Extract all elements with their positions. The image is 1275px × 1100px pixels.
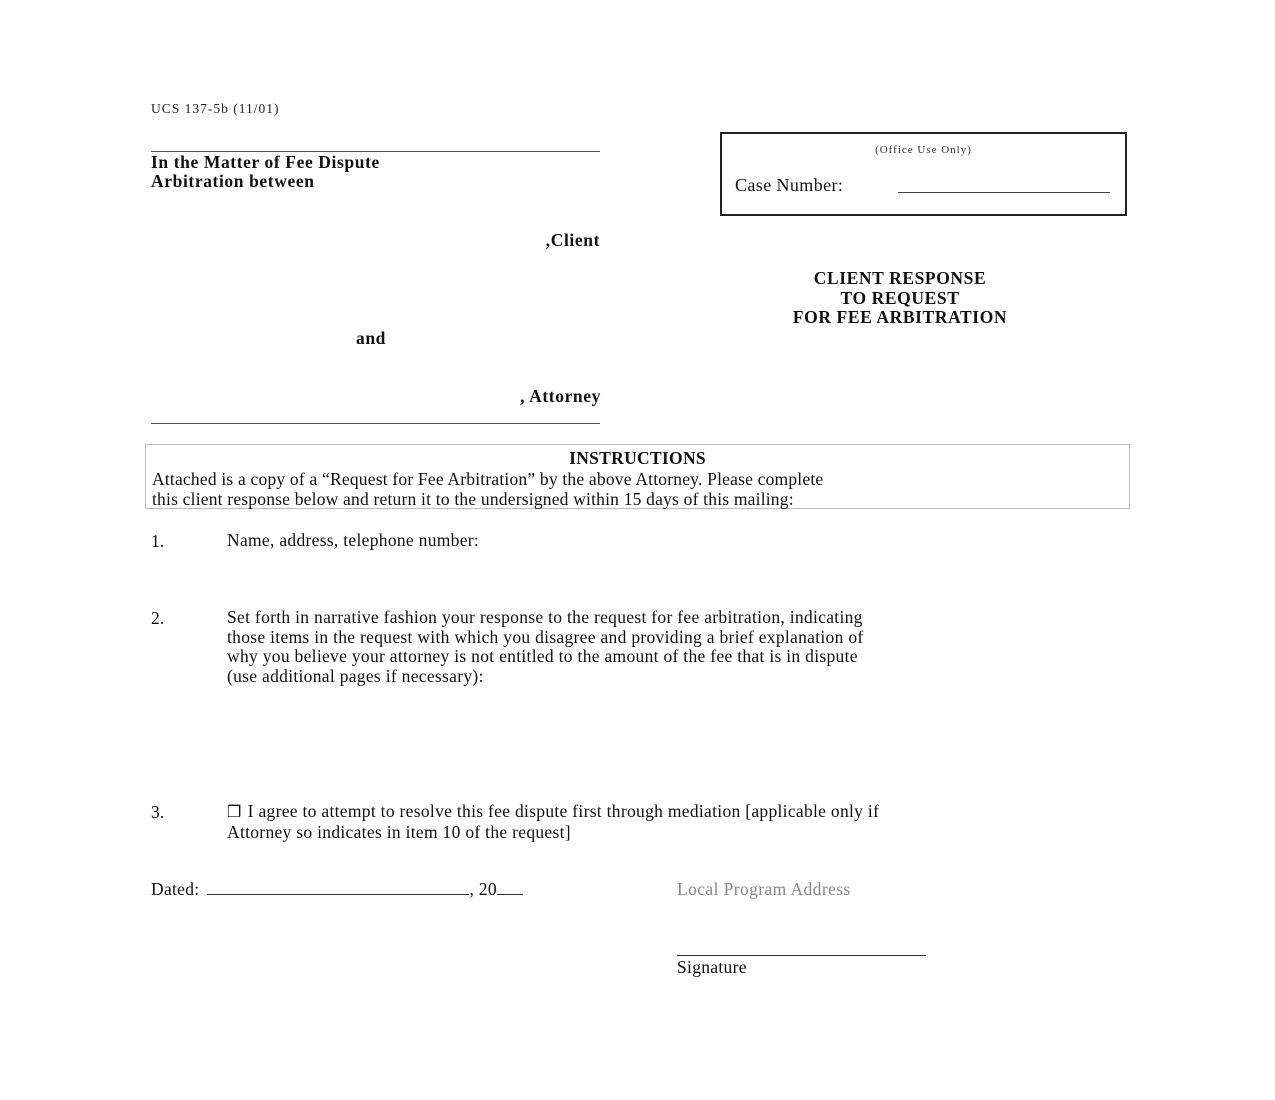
item-1-text: Name, address, telephone number: — [227, 531, 1132, 551]
instructions-line-1: Attached is a copy of a “Request for Fee… — [152, 470, 1127, 490]
caption-line-2: Arbitration between — [151, 172, 380, 191]
item-3-line-1: ❒I agree to attempt to resolve this fee … — [227, 802, 1132, 823]
case-number-label: Case Number: — [735, 175, 843, 196]
caption-line-1: In the Matter of Fee Dispute — [151, 153, 380, 172]
year-field[interactable] — [497, 880, 523, 895]
item-1-number: 1. — [151, 531, 164, 552]
signature-label: Signature — [677, 957, 747, 978]
item-2-number: 2. — [151, 608, 164, 629]
form-code: UCS 137-5b (11/01) — [151, 101, 280, 117]
item-1-line-1: Name, address, telephone number: — [227, 531, 1132, 551]
dated-row: Dated:, 20 — [151, 879, 523, 900]
item-3-number: 3. — [151, 802, 164, 823]
item-3-text: ❒I agree to attempt to resolve this fee … — [227, 802, 1132, 842]
title-line-3: FOR FEE ARBITRATION — [745, 308, 1055, 328]
document-title: CLIENT RESPONSE TO REQUEST FOR FEE ARBIT… — [745, 269, 1055, 328]
mediation-agreement-text: I agree to attempt to resolve this fee d… — [248, 801, 880, 821]
caption-bottom-rule — [151, 423, 600, 424]
title-line-1: CLIENT RESPONSE — [745, 269, 1055, 289]
instructions-text: Attached is a copy of a “Request for Fee… — [152, 470, 1127, 509]
year-prefix: , 20 — [469, 879, 496, 899]
title-line-2: TO REQUEST — [745, 289, 1055, 309]
office-use-label: (Office Use Only) — [722, 144, 1125, 156]
instructions-box: INSTRUCTIONS Attached is a copy of a “Re… — [145, 444, 1130, 509]
office-use-box: (Office Use Only) Case Number: — [720, 132, 1127, 216]
attorney-party-label: , Attorney — [520, 386, 601, 407]
instructions-line-2: this client response below and return it… — [152, 490, 1127, 510]
item-3-line-2: Attorney so indicates in item 10 of the … — [227, 823, 1132, 843]
client-party-label: ,Client — [546, 230, 600, 251]
and-label: and — [356, 328, 386, 349]
item-2-text: Set forth in narrative fashion your resp… — [227, 608, 1132, 686]
item-2-line-3: why you believe your attorney is not ent… — [227, 647, 1132, 667]
case-caption: In the Matter of Fee Dispute Arbitration… — [151, 153, 380, 191]
dated-label: Dated: — [151, 879, 199, 899]
signature-field[interactable] — [677, 955, 926, 956]
instructions-heading: INSTRUCTIONS — [146, 448, 1129, 469]
item-2-line-4: (use additional pages if necessary): — [227, 667, 1132, 687]
date-field[interactable] — [207, 880, 469, 895]
mediation-checkbox-icon[interactable]: ❒ — [227, 803, 242, 823]
item-2-line-2: those items in the request with which yo… — [227, 628, 1132, 648]
item-2-line-1: Set forth in narrative fashion your resp… — [227, 608, 1132, 628]
local-program-address: Local Program Address — [677, 879, 851, 900]
case-number-field[interactable] — [898, 192, 1110, 193]
